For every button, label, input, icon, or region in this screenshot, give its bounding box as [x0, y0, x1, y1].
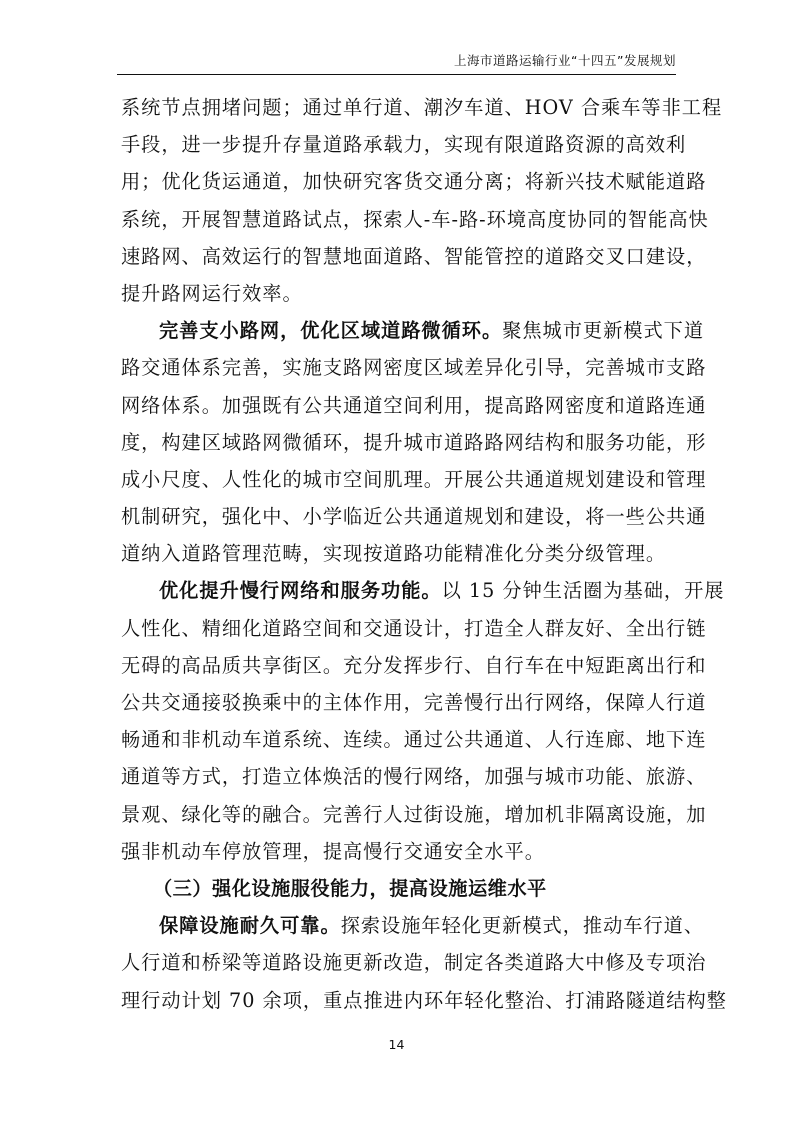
text-line: 路交通体系完善，实施支路网密度区域差异化引导，完善城市支路 — [121, 353, 677, 390]
paragraph-lead: 保障设施耐久可靠。 — [159, 914, 341, 937]
text-line: 用；优化货运通道，加快研究客货交通分离；将新兴技术赋能道路 — [121, 167, 677, 204]
page-number: 14 — [0, 1037, 793, 1052]
text-line: 人行道和桥梁等道路设施更新改造，制定各类道路大中修及专项治 — [121, 948, 677, 985]
running-header: 上海市道路运输行业“十四五”发展规划 — [117, 52, 676, 75]
paragraph-branch-road-network: 完善支小路网，优化区域道路微循环。聚焦城市更新模式下道 路交通体系完善，实施支路… — [121, 316, 677, 576]
text-line: 理行动计划 70 余项，重点推进内环年轻化整治、打浦路隧道结构整 — [121, 986, 677, 1023]
text-line: 公共交通接驳换乘中的主体作用，完善慢行出行网络，保障人行道 — [121, 688, 677, 725]
text-line: 优化提升慢行网络和服务功能。以 15 分钟生活圈为基础，开展 — [121, 576, 677, 613]
text-line: 保障设施耐久可靠。探索设施年轻化更新模式，推动车行道、 — [121, 911, 677, 948]
text-line: 机制研究，强化中、小学临近公共通道规划和建设，将一些公共通 — [121, 502, 677, 539]
text-line: 速路网、高效运行的智慧地面道路、智能管控的道路交叉口建设， — [121, 242, 677, 279]
text-line: 系统节点拥堵问题；通过单行道、潮汐车道、HOV 合乘车等非工程 — [121, 93, 677, 130]
paragraph-facility-durability: 保障设施耐久可靠。探索设施年轻化更新模式，推动车行道、 人行道和桥梁等道路设施更… — [121, 911, 677, 1023]
text-line: 人性化、精细化道路空间和交通设计，打造全人群友好、全出行链 — [121, 614, 677, 651]
text-line: 景观、绿化等的融合。完善行人过街设施，增加机非隔离设施，加 — [121, 800, 677, 837]
text-line: 通道等方式，打造立体焕活的慢行网络，加强与城市功能、旅游、 — [121, 762, 677, 799]
paragraph-text: 探索设施年轻化更新模式，推动车行道、 — [341, 914, 704, 937]
section-heading: （三）强化设施服役能力，提高设施运维水平 — [121, 874, 677, 911]
text-line: 无碍的高品质共享街区。充分发挥步行、自行车在中短距离出行和 — [121, 651, 677, 688]
text-line: 系统，开展智慧道路试点，探索人-车-路-环境高度协同的智能高快 — [121, 205, 677, 242]
text-line: 道纳入道路管理范畴，实现按道路功能精准化分类分级管理。 — [121, 539, 677, 576]
text-line: 手段，进一步提升存量道路承载力，实现有限道路资源的高效利 — [121, 130, 677, 167]
paragraph-lead: 优化提升慢行网络和服务功能。 — [159, 579, 442, 602]
page-body: 系统节点拥堵问题；通过单行道、潮汐车道、HOV 合乘车等非工程 手段，进一步提升… — [121, 93, 677, 1023]
paragraph-lead: 完善支小路网，优化区域道路微循环。 — [159, 319, 502, 342]
paragraph-text: 聚焦城市更新模式下道 — [502, 319, 704, 342]
text-line: 网络体系。加强既有公共通道空间利用，提高路网密度和道路连通 — [121, 391, 677, 428]
paragraph-text: 以 15 分钟生活圈为基础，开展 — [442, 579, 725, 602]
text-line: 提升路网运行效率。 — [121, 279, 677, 316]
text-line: 成小尺度、人性化的城市空间肌理。开展公共通道规划建设和管理 — [121, 465, 677, 502]
text-line: 强非机动车停放管理，提高慢行交通安全水平。 — [121, 837, 677, 874]
text-line: 畅通和非机动车道系统、连续。通过公共通道、人行连廊、地下连 — [121, 725, 677, 762]
text-line: 完善支小路网，优化区域道路微循环。聚焦城市更新模式下道 — [121, 316, 677, 353]
paragraph-road-network-efficiency: 系统节点拥堵问题；通过单行道、潮汐车道、HOV 合乘车等非工程 手段，进一步提升… — [121, 93, 677, 316]
paragraph-slow-traffic-network: 优化提升慢行网络和服务功能。以 15 分钟生活圈为基础，开展 人性化、精细化道路… — [121, 576, 677, 874]
header-title: 上海市道路运输行业“十四五”发展规划 — [454, 53, 676, 68]
text-line: 度，构建区域路网微循环，提升城市道路路网结构和服务功能，形 — [121, 428, 677, 465]
